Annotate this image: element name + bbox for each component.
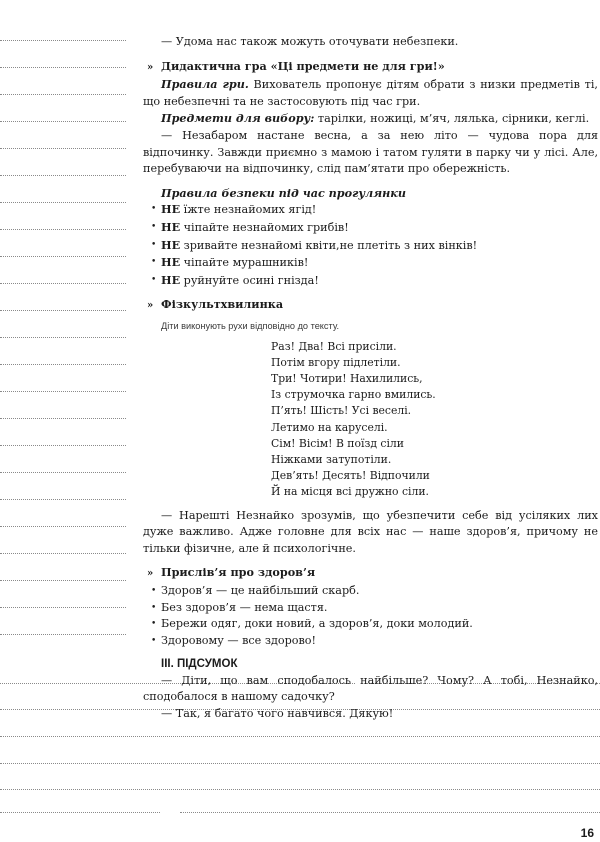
margin-dotted-line [0,553,126,554]
poem-line: П’ять! Шість! Усі веселі. [271,403,598,419]
poem-line: Й на місця всі дружно сіли. [271,484,598,500]
workbook-page: — Удома нас також можуть оточувати небез… [0,0,600,842]
margin-dotted-line [0,148,126,149]
margin-dotted-line [0,283,126,284]
poem-line: Із струмочка гарно вмились. [271,387,598,403]
margin-dotted-line [0,418,126,419]
proverbs-list: Здоров’я — це найбільший скарб. Без здор… [143,583,598,649]
bottom-dotted-line [0,763,600,764]
margin-dotted-line [0,67,126,68]
double-arrow-icon: » [147,566,161,583]
margin-dotted-line [0,472,126,473]
margin-dotted-line [0,526,126,527]
safety-title: Правила безпеки під час прогулянки [143,185,598,202]
game-heading: »Дидактична гра «Ці предмети не для гри!… [143,58,598,77]
margin-dotted-line [0,445,126,446]
bottom-dotted-line [0,812,160,813]
proverb: Здоровому — все здорово! [151,633,598,650]
game-title: Дидактична гра «Ці предмети не для гри!» [161,59,445,73]
poem-line: Сім! Вісім! В поїзд сіли [271,436,598,452]
safety-rule: НЕ їжте незнайомих ягід! [151,201,598,219]
margin-dotted-line [0,607,126,608]
intro-line: — Удома нас також можуть оточувати небез… [143,34,598,51]
summary-title: ІІІ. ПІДСУМОК [143,656,598,673]
margin-dotted-line [0,634,126,635]
safety-rule: НЕ руйнуйте осині гнізда! [151,272,598,290]
physical-note: Діти виконують рухи відповідно до тексту… [143,318,598,335]
margin-dotted-line [0,175,126,176]
margin-dotted-line [0,364,126,365]
margin-dotted-line [0,337,126,338]
proverbs-title: Прислів’я про здоров’я [161,565,315,579]
proverb: Бережи одяг, доки новий, а здоров’я, док… [151,616,598,633]
double-arrow-icon: » [147,298,161,315]
margin-dotted-line [0,121,126,122]
margin-dotted-line [0,391,126,392]
double-arrow-icon: » [147,60,161,77]
poem: Раз! Два! Всі присіли. Потім вгору підле… [271,339,598,501]
poem-line: Потім вгору підлетіли. [271,355,598,371]
margin-dotted-line [0,256,126,257]
safety-rule: НЕ чіпайте мурашників! [151,254,598,272]
game-rules: Правила гри. Вихователь пропонує дітям о… [143,76,598,110]
poem-line: Летимо на каруселі. [271,420,598,436]
poem-line: Раз! Два! Всі присіли. [271,339,598,355]
safety-rule: НЕ зривайте незнайомі квіти,не плетіть з… [151,237,598,255]
bottom-dotted-line [0,789,600,790]
poem-line: Ніжками затупотіли. [271,452,598,468]
margin-dotted-line [0,94,126,95]
spring-paragraph: — Незабаром настане весна, а за нею літо… [143,128,598,178]
game-rules-label: Правила гри. [161,77,249,91]
game-items: Предмети для вибору: тарілки, ножиці, м’… [143,110,598,128]
conclusion-paragraph: — Нарешті Незнайко зрозумів, що убезпечи… [143,508,598,558]
margin-dotted-line [0,580,126,581]
poem-line: Три! Чотири! Нахилились, [271,371,598,387]
proverb: Без здоров’я — нема щастя. [151,600,598,617]
proverb: Здоров’я — це найбільший скарб. [151,583,598,600]
margin-dotted-line [0,229,126,230]
physical-heading: »Фізкультхвилинка [143,296,598,315]
game-items-label: Предмети для вибору: [161,111,314,125]
margin-dotted-line [0,202,126,203]
proverbs-heading: »Прислів’я про здоров’я [143,564,598,583]
safety-rules-list: НЕ їжте незнайомих ягід! НЕ чіпайте незн… [143,201,598,289]
margin-dotted-line [0,499,126,500]
game-items-text: тарілки, ножиці, м’яч, лялька, сірники, … [314,112,589,125]
poem-line: Дев’ять! Десять! Відпочили [271,468,598,484]
margin-dotted-line [0,310,126,311]
summary-line: — Діти, що вам сподобалось найбільше? Чо… [143,673,598,706]
bottom-dotted-line [0,736,600,737]
page-number: 16 [581,826,594,840]
summary-line: — Так, я багато чого навчився. Дякую! [143,706,598,723]
main-text-column: — Удома нас також можуть оточувати небез… [143,34,598,723]
physical-title: Фізкультхвилинка [161,297,283,311]
safety-rule: НЕ чіпайте незнайомих грибів! [151,219,598,237]
margin-dotted-line [0,40,126,41]
bottom-dotted-line [180,812,600,813]
